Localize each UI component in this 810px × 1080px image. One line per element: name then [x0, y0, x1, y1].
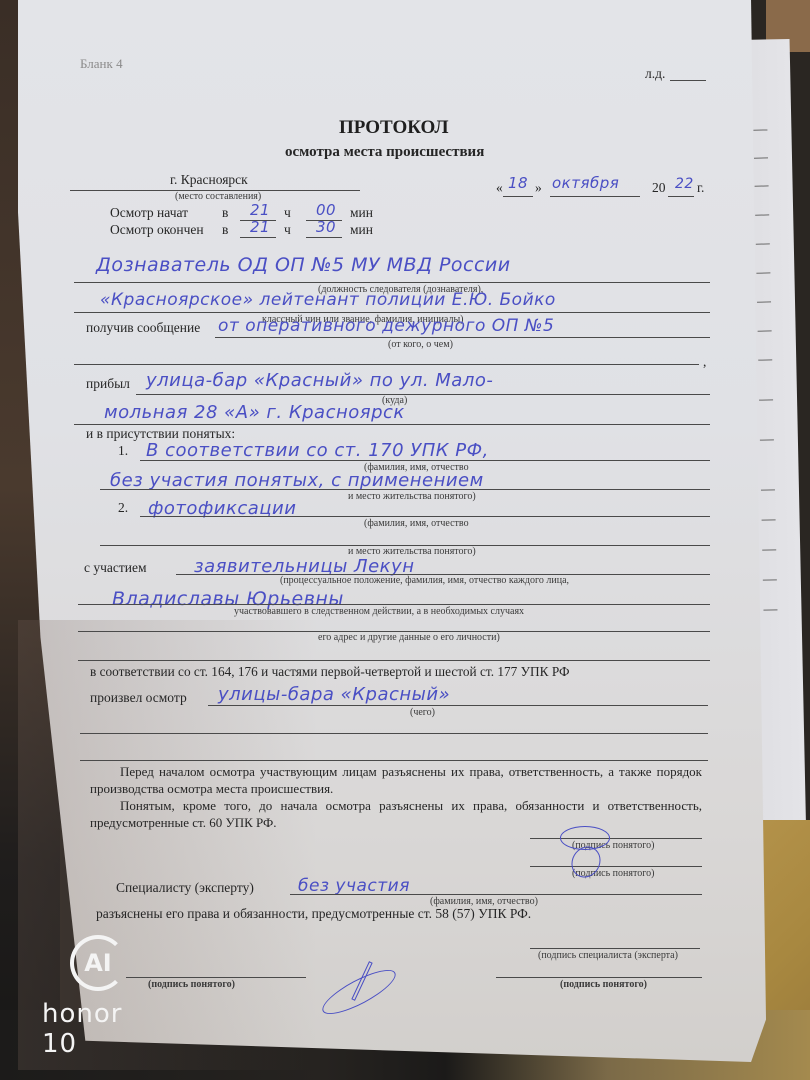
report-label: получив сообщение: [86, 320, 200, 336]
investigator-line1: Дознаватель ОД ОП №5 МУ МВД России: [96, 254, 511, 276]
arrival-line2: мольная 28 «А» г. Красноярск: [104, 402, 405, 423]
date-quote-close: »: [535, 180, 542, 196]
inspected-value: улицы-бара «Красный»: [218, 684, 450, 705]
date-day: 18: [508, 174, 528, 192]
rights-paragraph-2: Понятым, кроме того, до начала осмотра р…: [90, 797, 702, 831]
blank-label: Бланк 4: [80, 56, 123, 72]
start-prep: в: [222, 205, 228, 221]
specialist-label: Специалисту (эксперту): [116, 880, 254, 896]
witness-1-line2: без участия понятых, с применением: [110, 470, 484, 491]
specialist-value: без участия: [298, 876, 410, 896]
witness-2-number: 2.: [118, 500, 128, 516]
witness-1-line1: В соответствии со ст. 170 УПК РФ,: [146, 440, 489, 461]
end-prep: в: [222, 222, 228, 238]
participation-caption2: участвовавшего в следственном действии, …: [234, 606, 524, 617]
inspected-caption: (чего): [410, 707, 435, 718]
legal-basis: в соответствии со ст. 164, 176 и частями…: [90, 664, 570, 680]
witness-1-caption2: и место жительства понятого): [348, 491, 476, 502]
report-caption: (от кого, о чем): [388, 339, 453, 350]
case-sheet-label: л.д.: [645, 66, 665, 82]
witness-2-caption1: (фамилия, имя, отчество: [364, 518, 469, 529]
ai-badge-icon: AI: [70, 935, 126, 991]
start-hours: 21: [250, 201, 270, 219]
end-minutes-unit: мин: [350, 222, 373, 238]
place-value: г. Красноярск: [170, 172, 248, 188]
participation-caption1: (процессуальное положение, фамилия, имя,…: [280, 575, 569, 586]
specialist-signature-caption: (подпись специалиста (эксперта): [538, 950, 678, 961]
witness-1-number: 1.: [118, 443, 128, 459]
footer-right-signature-caption: (подпись понятого): [560, 979, 647, 990]
arrival-label: прибыл: [86, 376, 130, 392]
report-comma: ,: [703, 354, 706, 370]
start-label: Осмотр начат: [110, 205, 188, 221]
page-title: ПРОТОКОЛ: [339, 117, 449, 139]
investigator-line2: «Красноярское» лейтенант полиции Е.Ю. Бо…: [100, 290, 556, 310]
date-year-suffix: 22: [675, 176, 694, 192]
place-caption: (место составления): [175, 191, 261, 202]
participation-caption3: его адрес и другие данные о его личности…: [318, 632, 500, 643]
rights-paragraph-1: Перед началом осмотра участвующим лицам …: [90, 763, 702, 797]
start-minutes-unit: мин: [350, 205, 373, 221]
end-hours: 21: [250, 218, 270, 236]
date-quote-open: «: [496, 180, 503, 196]
report-value: от оперативного дежурного ОП №5: [218, 316, 554, 336]
arrival-line1: улица-бар «Красный» по ул. Мало-: [146, 370, 493, 391]
participation-label: с участием: [84, 560, 147, 576]
start-hours-unit: ч: [284, 205, 291, 221]
end-label: Осмотр окончен: [110, 222, 204, 238]
specialist-rights: разъяснены его права и обязанности, пред…: [96, 906, 531, 922]
end-hours-unit: ч: [284, 222, 291, 238]
date-month: октября: [552, 174, 619, 192]
inspected-label: произвел осмотр: [90, 690, 187, 706]
date-year-prefix: 20: [652, 180, 666, 196]
device-label: honor 10: [42, 999, 122, 1059]
end-minutes: 30: [316, 218, 336, 236]
date-year-unit: г.: [697, 180, 704, 196]
page-subtitle: осмотра места происшествия: [285, 144, 484, 161]
start-minutes: 00: [316, 201, 336, 219]
footer-left-signature-caption: (подпись понятого): [148, 979, 235, 990]
